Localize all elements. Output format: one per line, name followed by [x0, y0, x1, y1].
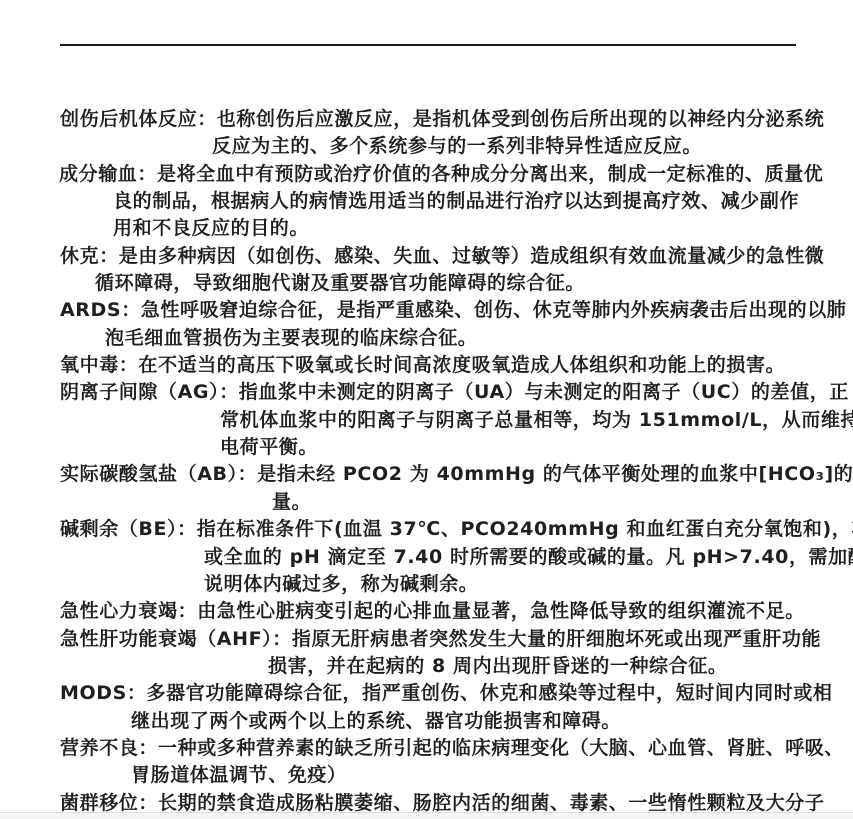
definition-line: MODS：多器官功能障碍综合征，指严重创伤、休克和感染等过程中，短时间内同时或相 — [0, 680, 853, 707]
definition-line: 泡毛细血管损伤为主要表现的临床综合征。 — [0, 325, 853, 352]
definition-line: ARDS：急性呼吸窘迫综合征，是指严重感染、创伤、休克等肺内外疾病袭击后出现的以… — [0, 297, 853, 324]
definition-line: 用和不良反应的目的。 — [0, 215, 853, 242]
definition-line: 继出现了两个或两个以上的系统、器官功能损害和障碍。 — [0, 708, 853, 735]
definition-line: 创伤后机体反应：也称创伤后应激反应，是指机体受到创伤后所出现的以神经内分泌系统 — [0, 106, 853, 133]
definition-line: 急性肝功能衰竭（AHF）：指原无肝病患者突然发生大量的肝细胞坏死或出现严重肝功能 — [0, 626, 853, 653]
definition-line: 阴离子间隙（AG）：指血浆中未测定的阴离子（UA）与未测定的阳离子（UC）的差值… — [0, 379, 853, 406]
definition-line: 碱剩余（BE）：指在标准条件下(血温 37℃、PCO240mmHg 和血红蛋白充… — [0, 516, 853, 543]
definition-line: 说明体内碱过多，称为碱剩余。 — [0, 571, 853, 598]
definition-line: 营养不良：一种或多种营养素的缺乏所引起的临床病理变化（大脑、心血管、肾脏、呼吸、 — [0, 735, 853, 762]
definition-line: 电荷平衡。 — [0, 434, 853, 461]
definition-line: 损害，并在起病的 8 周内出现肝昏迷的一种综合征。 — [0, 653, 853, 680]
definition-line: 常机体血浆中的阳离子与阴离子总量相等，均为 151mmol/L，从而维持 — [0, 407, 853, 434]
definition-line: 休克：是由多种病因（如创伤、感染、失血、过敏等）造成组织有效血流量减少的急性微 — [0, 243, 853, 270]
definition-line: 良的制品，根据病人的病情选用适当的制品进行治疗以达到提高疗效、减少副作 — [0, 188, 853, 215]
definition-line: 循环障碍，导致细胞代谢及重要器官功能障碍的综合征。 — [0, 270, 853, 297]
definition-line: 实际碳酸氢盐（AB）：是指未经 PCO2 为 40mmHg 的气体平衡处理的血浆… — [0, 461, 853, 488]
page-bottom-edge — [0, 812, 853, 819]
definition-line: 成分输血：是将全血中有预防或治疗价值的各种成分分离出来，制成一定标准的、质量优 — [0, 161, 853, 188]
header-separator-line — [60, 44, 796, 46]
definition-line: 胃肠道体温调节、免疫） — [0, 762, 853, 789]
definition-line: 量。 — [0, 489, 853, 516]
definition-line: 反应为主的、多个系统参与的一系列非特异性适应反应。 — [0, 133, 853, 160]
definition-line: 急性心力衰竭：由急性心脏病变引起的心排血量显著，急性降低导致的组织灌流不足。 — [0, 598, 853, 625]
document-body: 创伤后机体反应：也称创伤后应激反应，是指机体受到创伤后所出现的以神经内分泌系统 … — [0, 106, 853, 817]
definition-line: 氧中毒：在不适当的高压下吸氧或长时间高浓度吸氧造成人体组织和功能上的损害。 — [0, 352, 853, 379]
definition-line: 或全血的 pH 滴定至 7.40 时所需要的酸或碱的量。凡 pH>7.40，需加… — [0, 544, 853, 571]
document-page: 创伤后机体反应：也称创伤后应激反应，是指机体受到创伤后所出现的以神经内分泌系统 … — [0, 0, 853, 819]
